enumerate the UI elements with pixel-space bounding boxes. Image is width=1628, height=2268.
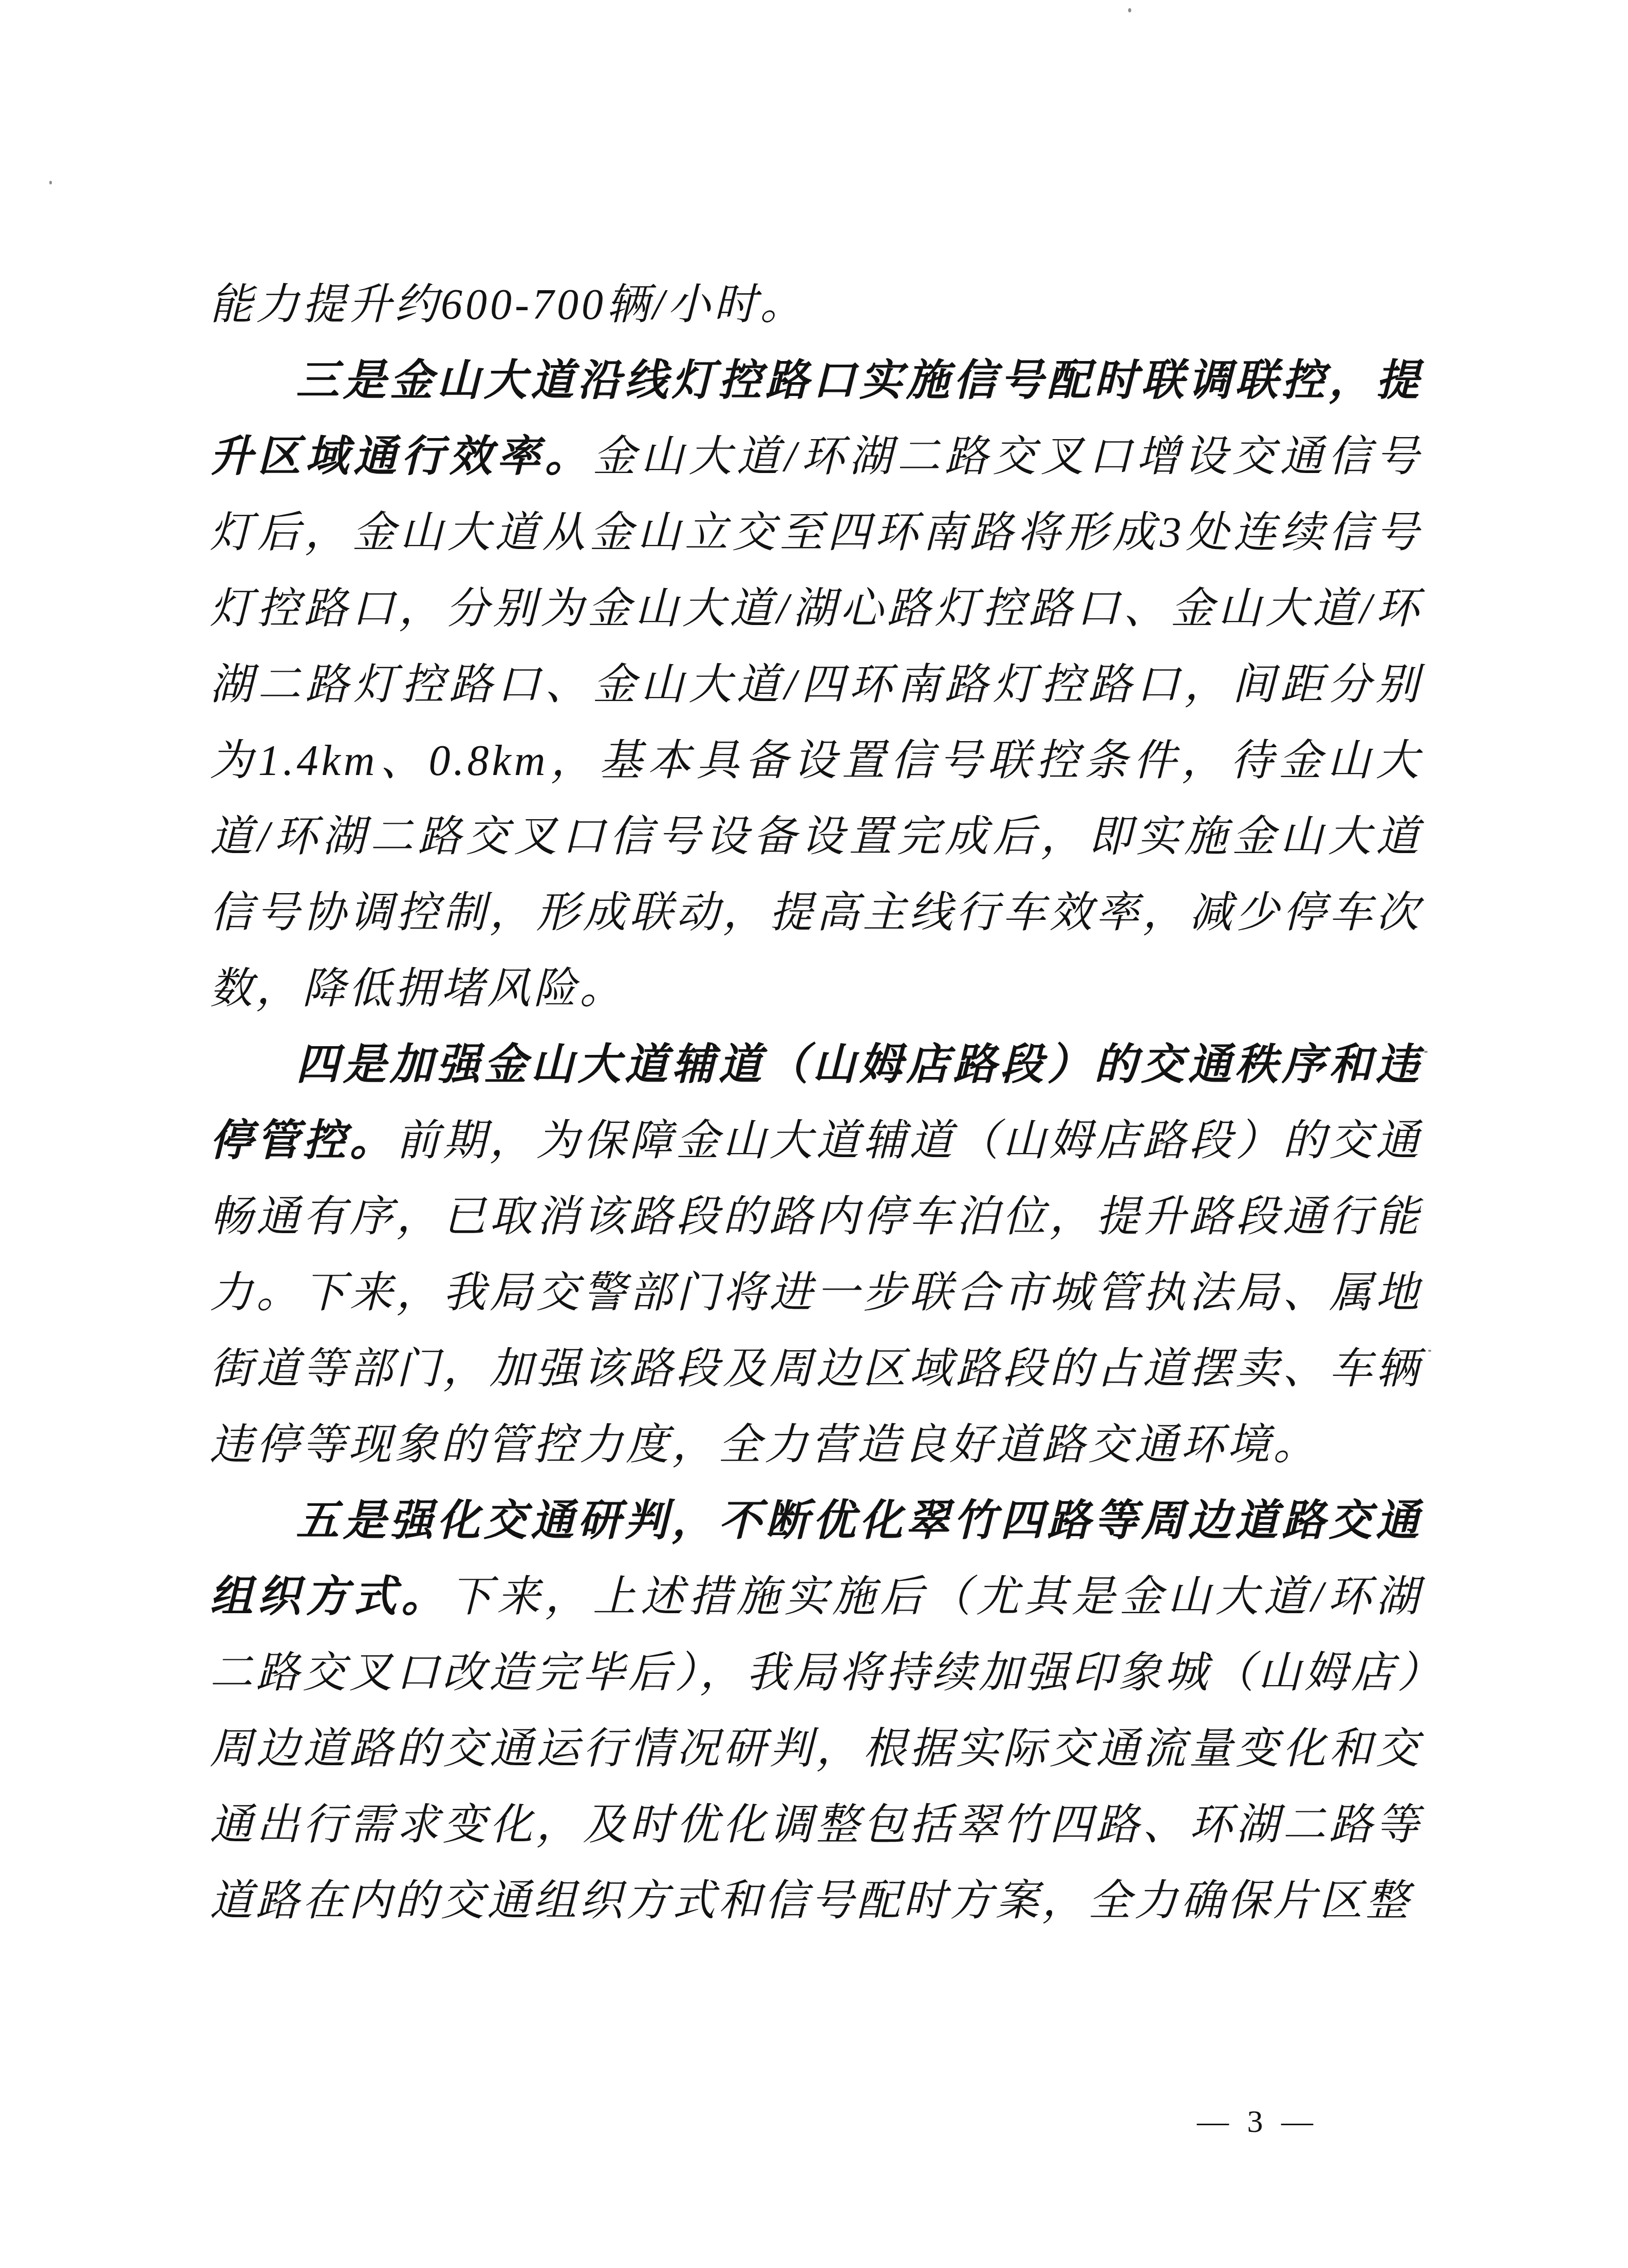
page-number: — 3 — [1197, 2104, 1318, 2139]
paragraph-point-four: 四是加强金山大道辅道（山姆店路段）的交通秩序和违停管控。前期，为保障金山大道辅道… [210, 1027, 1422, 1483]
scan-speckle [1424, 1051, 1428, 1053]
paragraph-continuation-text: 能力提升约600-700辆/小时。 [210, 281, 806, 329]
paragraph-point-five: 五是强化交通研判，不断优化翠竹四路等周边道路交通组织方式。下来，上述措施实施后（… [210, 1483, 1422, 1939]
page-footer: — 3 — [1197, 2104, 1351, 2140]
document-page: 能力提升约600-700辆/小时。 三是金山大道沿线灯控路口实施信号配时联调联控… [0, 0, 1628, 2268]
paragraph-point-three: 三是金山大道沿线灯控路口实施信号配时联调联控，提升区域通行效率。金山大道/环湖二… [210, 343, 1422, 1027]
paragraph-point-three-text: 金山大道/环湖二路交叉口增设交通信号灯后，金山大道从金山立交至四环南路将形成3处… [210, 433, 1422, 1013]
scan-speckle [1428, 1350, 1431, 1352]
scan-speckle [1128, 8, 1131, 12]
paragraph-point-five-text: 下来，上述措施实施后（尤其是金山大道/环湖二路交叉口改造完毕后），我局将持续加强… [210, 1573, 1422, 1925]
scan-speckle [49, 181, 52, 184]
paragraph-continuation: 能力提升约600-700辆/小时。 [210, 267, 1422, 343]
paragraph-point-four-text: 前期，为保障金山大道辅道（山姆店路段）的交通畅通有序，已取消该路段的路内停车泊位… [210, 1117, 1422, 1469]
document-body: 能力提升约600-700辆/小时。 三是金山大道沿线灯控路口实施信号配时联调联控… [210, 267, 1422, 1939]
